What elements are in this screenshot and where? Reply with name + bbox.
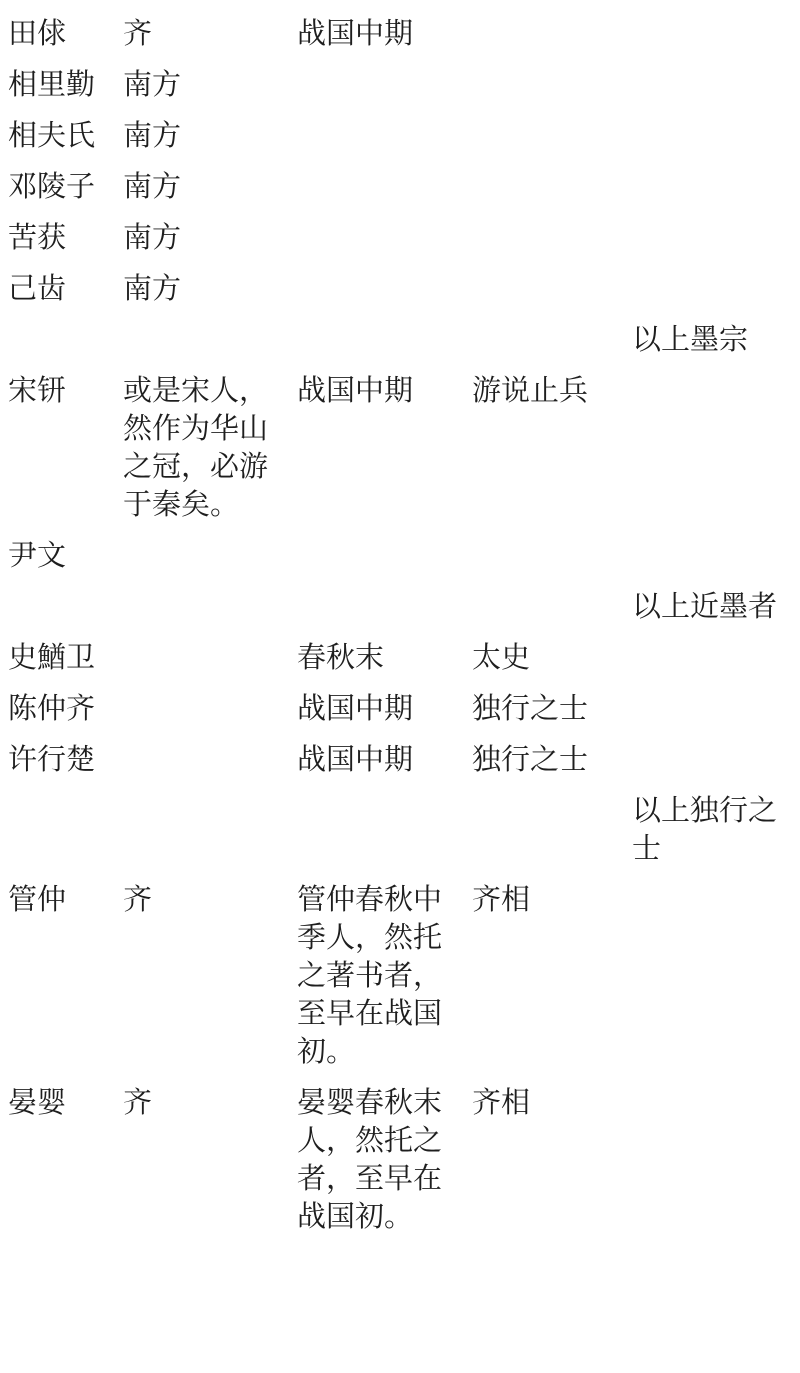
origin-cell: 齐: [123, 1083, 297, 1248]
note-cell: [632, 638, 792, 689]
role-cell: 独行之士: [472, 740, 632, 791]
origin-cell: [123, 320, 297, 371]
era-cell: 战国中期: [297, 740, 472, 791]
note-cell: [632, 1083, 792, 1248]
name-cell: 相里勤: [8, 65, 123, 116]
era-cell: 战国中期: [297, 689, 472, 740]
note-cell: [632, 536, 792, 587]
table-row: 苦获 南方: [8, 218, 792, 269]
origin-cell: 南方: [123, 116, 297, 167]
table-row: 晏婴 齐 晏婴春秋末人，然托之者，至早在战国初。 齐相: [8, 1083, 792, 1248]
origin-cell: 南方: [123, 218, 297, 269]
origin-cell: [123, 536, 297, 587]
era-cell: [297, 791, 472, 880]
name-cell: 许行楚: [8, 740, 123, 791]
table-row: 己齿 南方: [8, 269, 792, 320]
role-cell: [472, 587, 632, 638]
note-cell: [632, 167, 792, 218]
note-cell: [632, 689, 792, 740]
role-cell: [472, 791, 632, 880]
origin-cell: 或是宋人，然作为华山之冠，必游于秦矣。: [123, 371, 297, 536]
origin-cell: [123, 638, 297, 689]
note-cell: [632, 740, 792, 791]
origin-cell: 南方: [123, 65, 297, 116]
note-cell: [632, 880, 792, 1083]
name-cell: [8, 791, 123, 880]
origin-cell: 南方: [123, 269, 297, 320]
era-cell: [297, 65, 472, 116]
role-cell: [472, 269, 632, 320]
origin-cell: [123, 791, 297, 880]
role-cell: [472, 218, 632, 269]
role-cell: [472, 167, 632, 218]
name-cell: 宋钘: [8, 371, 123, 536]
name-cell: 相夫氏: [8, 116, 123, 167]
era-cell: [297, 320, 472, 371]
role-cell: 独行之士: [472, 689, 632, 740]
era-cell: 管仲春秋中季人，然托之著书者，至早在战国初。: [297, 880, 472, 1083]
group-summary-row: 以上墨宗: [8, 320, 792, 371]
name-cell: [8, 587, 123, 638]
role-cell: [472, 14, 632, 65]
role-cell: [472, 320, 632, 371]
origin-cell: 齐: [123, 880, 297, 1083]
note-cell: [632, 14, 792, 65]
group-note-cell: 以上近墨者: [632, 587, 792, 638]
table-row: 陈仲齐 战国中期 独行之士: [8, 689, 792, 740]
name-cell: 田俅: [8, 14, 123, 65]
note-cell: [632, 116, 792, 167]
role-cell: 太史: [472, 638, 632, 689]
name-cell: 尹文: [8, 536, 123, 587]
table-body: 田俅 齐 战国中期 相里勤 南方 相夫氏 南方 邓陵子: [8, 14, 792, 1248]
role-cell: [472, 116, 632, 167]
era-cell: 战国中期: [297, 371, 472, 536]
group-note-cell: 以上独行之士: [632, 791, 792, 880]
table-row: 尹文: [8, 536, 792, 587]
note-cell: [632, 65, 792, 116]
role-cell: 齐相: [472, 1083, 632, 1248]
group-note-cell: 以上墨宗: [632, 320, 792, 371]
origin-cell: 齐: [123, 14, 297, 65]
name-cell: 晏婴: [8, 1083, 123, 1248]
group-summary-row: 以上独行之士: [8, 791, 792, 880]
role-cell: 齐相: [472, 880, 632, 1083]
table-row: 史鰌卫 春秋末 太史: [8, 638, 792, 689]
era-cell: [297, 587, 472, 638]
document-page: 田俅 齐 战国中期 相里勤 南方 相夫氏 南方 邓陵子: [0, 0, 800, 1248]
origin-cell: 南方: [123, 167, 297, 218]
name-cell: 史鰌卫: [8, 638, 123, 689]
era-cell: [297, 218, 472, 269]
table-row: 许行楚 战国中期 独行之士: [8, 740, 792, 791]
era-cell: [297, 167, 472, 218]
era-cell: 战国中期: [297, 14, 472, 65]
era-cell: 春秋末: [297, 638, 472, 689]
name-cell: 管仲: [8, 880, 123, 1083]
origin-cell: [123, 740, 297, 791]
name-cell: 陈仲齐: [8, 689, 123, 740]
table-row: 田俅 齐 战国中期: [8, 14, 792, 65]
table-row: 宋钘 或是宋人，然作为华山之冠，必游于秦矣。 战国中期 游说止兵: [8, 371, 792, 536]
era-cell: [297, 269, 472, 320]
note-cell: [632, 269, 792, 320]
name-cell: 苦获: [8, 218, 123, 269]
era-cell: 晏婴春秋末人，然托之者，至早在战国初。: [297, 1083, 472, 1248]
name-cell: [8, 320, 123, 371]
table-row: 管仲 齐 管仲春秋中季人，然托之著书者，至早在战国初。 齐相: [8, 880, 792, 1083]
role-cell: [472, 65, 632, 116]
table-row: 相里勤 南方: [8, 65, 792, 116]
era-cell: [297, 536, 472, 587]
era-cell: [297, 116, 472, 167]
role-cell: 游说止兵: [472, 371, 632, 536]
table-row: 相夫氏 南方: [8, 116, 792, 167]
origin-cell: [123, 689, 297, 740]
group-summary-row: 以上近墨者: [8, 587, 792, 638]
role-cell: [472, 536, 632, 587]
note-cell: [632, 218, 792, 269]
note-cell: [632, 371, 792, 536]
thinkers-table: 田俅 齐 战国中期 相里勤 南方 相夫氏 南方 邓陵子: [8, 14, 792, 1248]
name-cell: 己齿: [8, 269, 123, 320]
name-cell: 邓陵子: [8, 167, 123, 218]
table-row: 邓陵子 南方: [8, 167, 792, 218]
origin-cell: [123, 587, 297, 638]
